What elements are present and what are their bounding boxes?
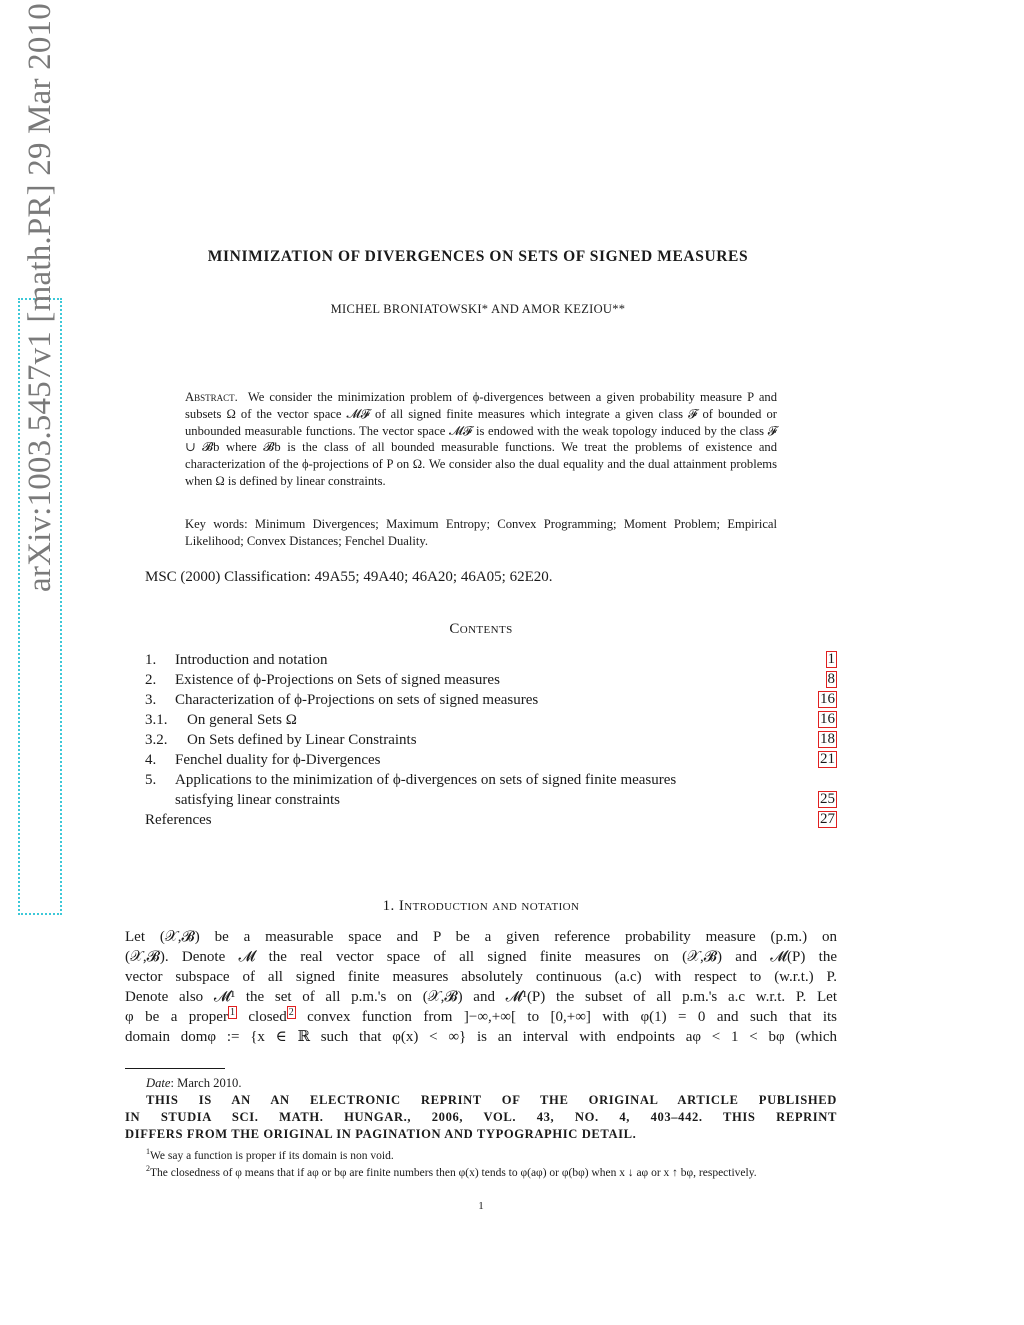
section-heading: 1. Introduction and notation bbox=[0, 898, 962, 915]
abstract-label: Abstract. bbox=[185, 390, 238, 404]
toc-label: On general Sets Ω bbox=[187, 710, 297, 730]
contents-title: Contents bbox=[0, 621, 962, 638]
paper-title: MINIMIZATION OF DIVERGENCES ON SETS OF S… bbox=[0, 248, 956, 266]
toc-label: Applications to the minimization of ϕ-di… bbox=[175, 770, 676, 790]
footnote-link-2[interactable]: 2 bbox=[287, 1006, 296, 1019]
date-label: Date bbox=[146, 1076, 170, 1090]
toc-item: 3. Characterization of ϕ-Projections on … bbox=[145, 690, 837, 710]
toc-number: 5. bbox=[145, 770, 156, 790]
reprint-notice: THIS IS AN AN ELECTRONIC REPRINT OF THE … bbox=[125, 1092, 837, 1143]
toc-number: 3.1. bbox=[145, 710, 168, 730]
section-body: Let (𝒳,𝓑) be a measurable space and P be… bbox=[125, 927, 837, 1047]
toc-number: 3.2. bbox=[145, 730, 168, 750]
toc-label: satisfying linear constraints bbox=[175, 790, 340, 810]
toc-number: 2. bbox=[145, 670, 156, 690]
footnote-2: 2The closedness of φ means that if aφ or… bbox=[125, 1160, 837, 1182]
toc-page-link[interactable]: 25 bbox=[818, 791, 837, 808]
toc-label: Fenchel duality for ϕ-Divergences bbox=[175, 750, 380, 770]
toc-item: 5. Applications to the minimization of ϕ… bbox=[145, 770, 837, 790]
toc-page-link[interactable]: 16 bbox=[818, 691, 837, 708]
toc-page-link[interactable]: 1 bbox=[826, 651, 838, 668]
body-text-fragment: φ be a proper bbox=[125, 1009, 228, 1025]
toc-item: 2. Existence of ϕ-Projections on Sets of… bbox=[145, 670, 837, 690]
table-of-contents: 1. Introduction and notation 1 2. Existe… bbox=[145, 650, 837, 830]
body-line: vector subspace of all signed finite mea… bbox=[125, 967, 837, 987]
date-value: : March 2010. bbox=[170, 1076, 241, 1090]
toc-item: 1. Introduction and notation 1 bbox=[145, 650, 837, 670]
toc-label: On Sets defined by Linear Constraints bbox=[187, 730, 417, 750]
toc-label: Existence of ϕ-Projections on Sets of si… bbox=[175, 670, 500, 690]
toc-page-link[interactable]: 18 bbox=[818, 731, 837, 748]
toc-label: Introduction and notation bbox=[175, 650, 327, 670]
reprint-line: DIFFERS FROM THE ORIGINAL IN PAGINATION … bbox=[125, 1126, 837, 1143]
abstract: Abstract. We consider the minimization p… bbox=[185, 389, 777, 490]
toc-page-link[interactable]: 27 bbox=[818, 811, 837, 828]
keywords: Key words: Minimum Divergences; Maximum … bbox=[185, 516, 777, 550]
body-text-fragment: convex function from ]−∞,+∞[ to [0,+∞] w… bbox=[296, 1009, 837, 1025]
footnote-rule bbox=[125, 1068, 225, 1069]
reprint-line: IN STUDIA SCI. MATH. HUNGAR., 2006, VOL.… bbox=[125, 1109, 837, 1126]
toc-number: 1. bbox=[145, 650, 156, 670]
toc-number: 3. bbox=[145, 690, 156, 710]
toc-item: References 27 bbox=[145, 810, 837, 830]
paper-authors: MICHEL BRONIATOWSKI* AND AMOR KEZIOU** bbox=[0, 302, 956, 317]
body-line: domain domφ := {x ∈ ℝ such that φ(x) < ∞… bbox=[125, 1027, 837, 1047]
body-line: Denote also 𝓜¹ the set of all p.m.'s on … bbox=[125, 987, 837, 1007]
toc-page-link[interactable]: 8 bbox=[826, 671, 838, 688]
msc-classification: MSC (2000) Classification: 49A55; 49A40;… bbox=[145, 569, 553, 586]
footnote-link-1[interactable]: 1 bbox=[228, 1006, 237, 1019]
toc-page-link[interactable]: 16 bbox=[818, 711, 837, 728]
page-number: 1 bbox=[0, 1200, 962, 1212]
body-line: Let (𝒳,𝓑) be a measurable space and P be… bbox=[125, 927, 837, 947]
reprint-line: THIS IS AN AN ELECTRONIC REPRINT OF THE … bbox=[125, 1092, 837, 1109]
toc-item: satisfying linear constraints 25 bbox=[145, 790, 837, 810]
toc-item: 4. Fenchel duality for ϕ-Divergences 21 bbox=[145, 750, 837, 770]
toc-label: Characterization of ϕ-Projections on set… bbox=[175, 690, 538, 710]
toc-label: References bbox=[145, 810, 212, 830]
toc-item: 3.1. On general Sets Ω 16 bbox=[145, 710, 837, 730]
abstract-text: We consider the minimization problem of … bbox=[185, 390, 777, 488]
date-line: Date: March 2010. bbox=[146, 1076, 241, 1091]
footnote-text: The closedness of φ means that if aφ or … bbox=[150, 1167, 757, 1179]
body-line: φ be a proper1 closed2 convex function f… bbox=[125, 1007, 837, 1027]
toc-page-link[interactable]: 21 bbox=[818, 751, 837, 768]
body-text-fragment: closed bbox=[237, 1009, 287, 1025]
toc-item: 3.2. On Sets defined by Linear Constrain… bbox=[145, 730, 837, 750]
body-line: (𝒳,𝓑). Denote 𝓜 the real vector space of… bbox=[125, 947, 837, 967]
toc-number: 4. bbox=[145, 750, 156, 770]
